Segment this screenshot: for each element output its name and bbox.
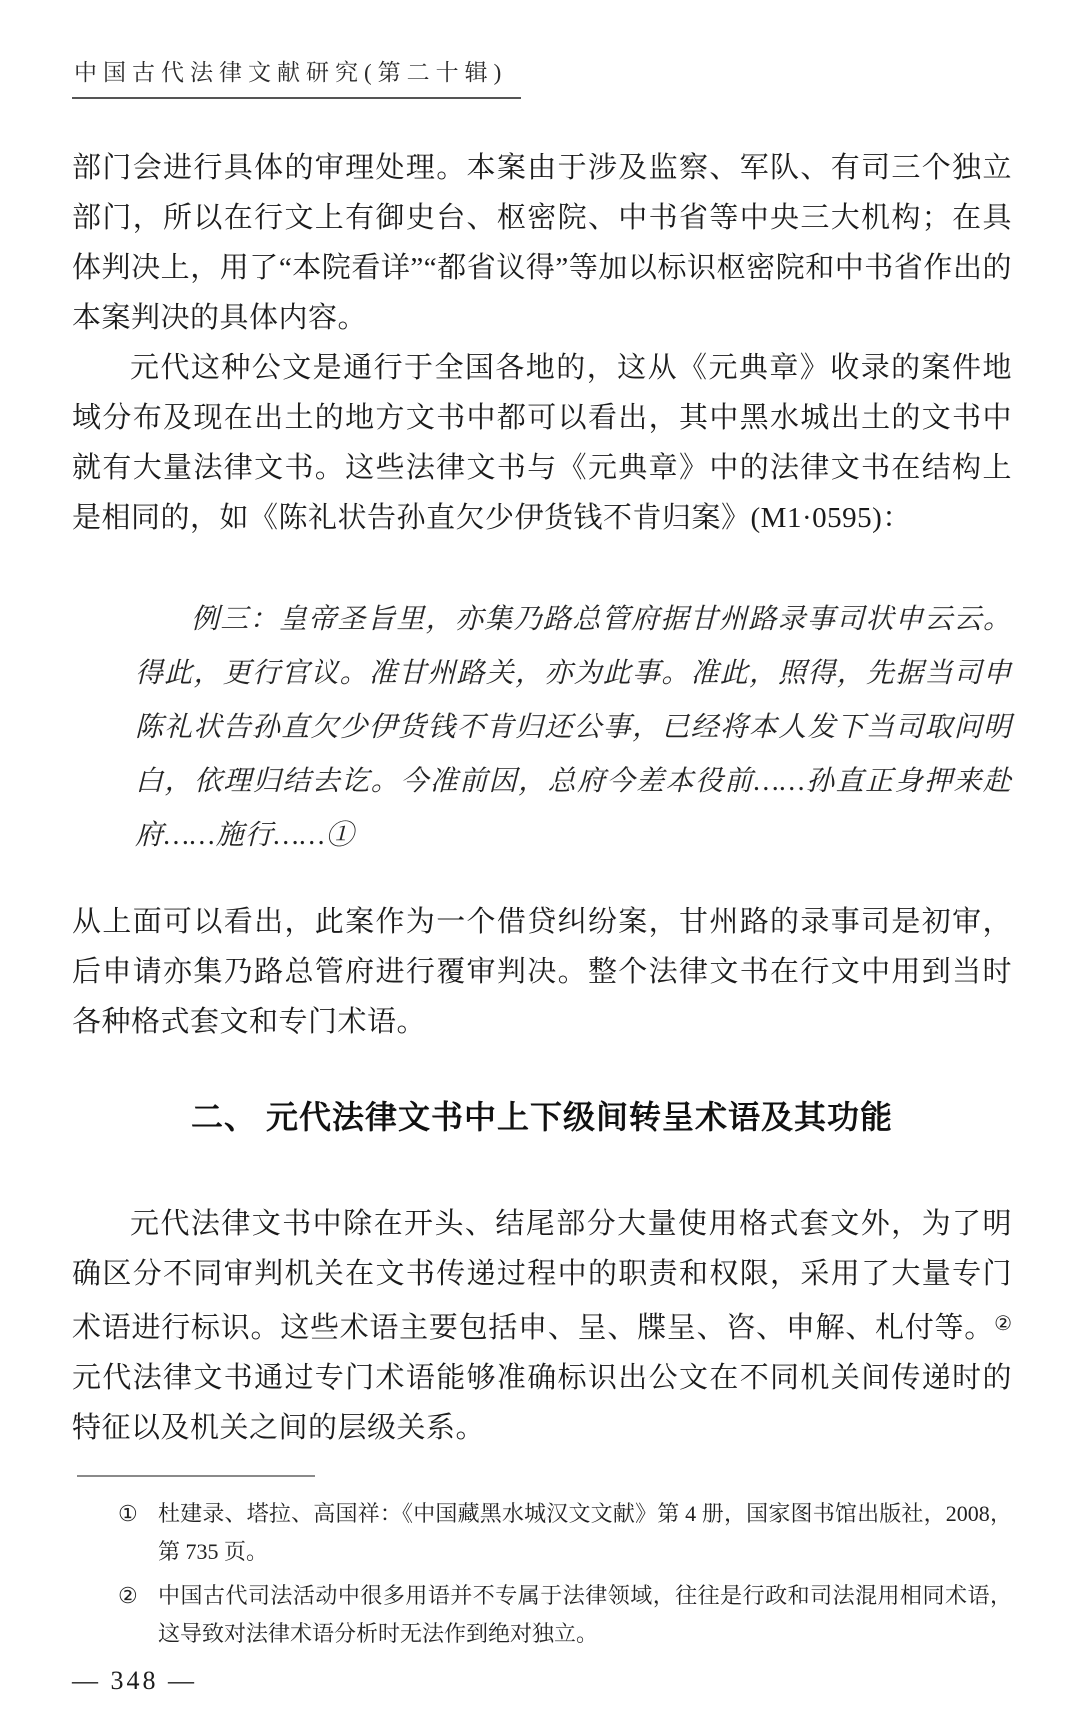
paragraph-case-analysis: 从上面可以看出，此案作为一个借贷纠纷案，甘州路的录事司是初审，后申请亦集乃路总管… [72, 897, 1012, 1047]
footnote-text-1: 杜建录、塔拉、高国祥：《中国藏黑水城汉文文献》第 4 册，国家图书馆出版社，20… [158, 1495, 1012, 1571]
section-heading: 二、 元代法律文书中上下级间转呈术语及其功能 [72, 1095, 1012, 1139]
footnote-text-2: 中国古代司法活动中很多用语并不专属于法律领域，往往是行政和司法混用相同术语，这导… [158, 1577, 1012, 1653]
paragraph-terminology-text-before: 元代法律文书中除在开头、结尾部分大量使用格式套文外，为了明确区分不同审判机关在文… [72, 1208, 1012, 1344]
block-quote-example-three: 例三：皇帝圣旨里，亦集乃路总管府据甘州路录事司状申云云。得此，更行官议。准甘州路… [135, 593, 1012, 863]
running-header-title: 中国古代法律文献研究(第二十辑) [72, 56, 521, 99]
paragraph-terminology-text-after: 元代法律文书通过专门术语能够准确标识出公文在不同机关间传递时的特征以及机关之间的… [72, 1362, 1012, 1444]
page-number: — 348 — [72, 1665, 1012, 1697]
footnote-item-1: ① 杜建录、塔拉、高国祥：《中国藏黑水城汉文文献》第 4 册，国家图书馆出版社，… [72, 1495, 1012, 1571]
footnotes-section: ① 杜建录、塔拉、高国祥：《中国藏黑水城汉文文献》第 4 册，国家图书馆出版社，… [72, 1495, 1012, 1653]
page: 中国古代法律文献研究(第二十辑) 部门会进行具体的审理处理。本案由于涉及监察、军… [72, 56, 1012, 1697]
paragraph-terminology: 元代法律文书中除在开头、结尾部分大量使用格式套文外，为了明确区分不同审判机关在文… [72, 1199, 1012, 1453]
running-header: 中国古代法律文献研究(第二十辑) [72, 56, 1012, 99]
paragraph-case-handling: 部门会进行具体的审理处理。本案由于涉及监察、军队、有司三个独立部门，所以在行文上… [72, 143, 1012, 343]
footnote-reference-2: ② [994, 1313, 1012, 1335]
footnote-item-2: ② 中国古代司法活动中很多用语并不专属于法律领域，往往是行政和司法混用相同术语，… [72, 1577, 1012, 1653]
footnote-separator [77, 1475, 315, 1477]
paragraph-yuan-documents: 元代这种公文是通行于全国各地的，这从《元典章》收录的案件地域分布及现在出土的地方… [72, 343, 1012, 543]
footnote-marker-2: ② [118, 1577, 158, 1653]
footnote-marker-1: ① [118, 1495, 158, 1571]
